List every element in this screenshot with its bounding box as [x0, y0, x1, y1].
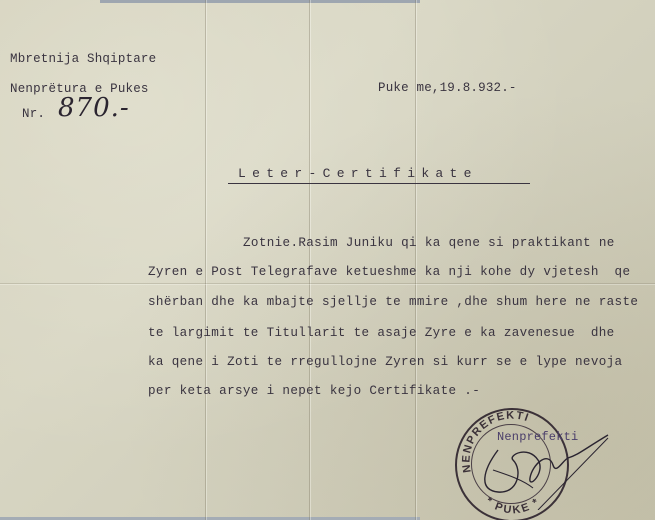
body-line: per keta arsye i nepet kejo Certifikate … [148, 384, 480, 398]
body-line: Zotnie.Rasim Juniku qi ka qene si prakti… [243, 236, 615, 250]
place-date: Puke me,19.8.932.- [378, 81, 517, 95]
body-line: Zyren e Post Telegrafave ketueshme ka nj… [148, 265, 630, 279]
fold-crease [415, 0, 416, 520]
fold-crease [0, 283, 655, 284]
number-value-handwritten: 870.- [58, 93, 130, 123]
header-kingdom: Mbretnija Shqiptare [10, 52, 156, 66]
signatory-title: Nenprefekti [497, 430, 578, 444]
body-line: shërban dhe ka mbajte sjellje te mmire ,… [148, 295, 638, 309]
title-underline [228, 183, 530, 184]
body-line: te largimit te Titullarit te asaje Zyre … [148, 326, 615, 340]
number-label: Nr. [22, 107, 45, 121]
body-line: ka qene i Zoti te rregullojne Zyren si k… [148, 355, 622, 369]
fold-crease [309, 0, 310, 520]
document-scan: Mbretnija Shqiptare Nenprëtura e Pukes N… [0, 0, 655, 520]
document-title: Leter-Certifikate [238, 166, 478, 181]
fold-crease [205, 0, 206, 520]
paper-edge-top [100, 0, 420, 3]
